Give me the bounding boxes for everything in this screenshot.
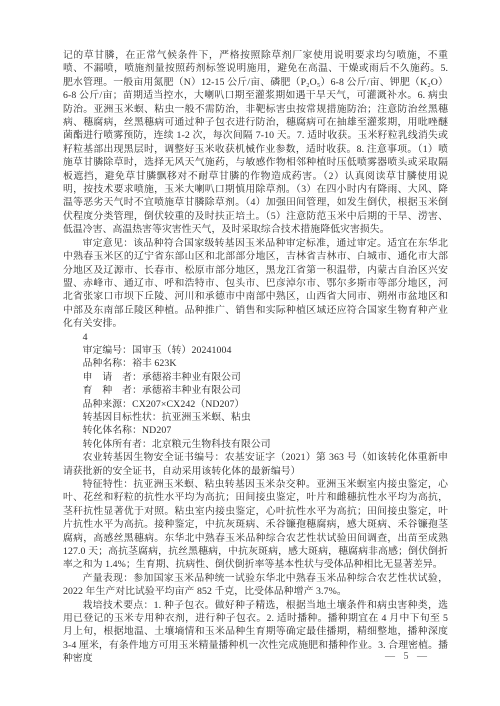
document-body: 记的草甘膦，在正常气候条件下，严格按照除草剂厂家使用说明要求均匀喷施，不重喷、不… (63, 49, 448, 666)
paragraph: 育 种 者：承德裕丰种业有限公司 (63, 384, 448, 397)
paragraph: 农业转基因生物安全证书编号：农基安证字（2021）第 363 号（如该转化体重新… (63, 451, 448, 478)
paragraph: 转化体名称：ND207 (63, 424, 448, 437)
paragraph: 转基因目标性状：抗亚洲玉米螟、粘虫 (63, 411, 448, 424)
paragraph: 审定编号：国审玉（转）20241004 (63, 344, 448, 357)
page-number: — 5 — (385, 651, 430, 662)
paragraph: 品种名称：裕丰 623K (63, 357, 448, 370)
paragraph: 转化体所有者：北京粮元生物科技有限公司 (63, 438, 448, 451)
paragraph: 记的草甘膦，在正常气候条件下，严格按照除草剂厂家使用说明要求均匀喷施，不重喷、不… (63, 49, 448, 237)
paragraph: 审定意见：该品种符合国家级转基因玉米品种审定标准，通过审定。适宜在东华北中熟春玉… (63, 237, 448, 331)
paragraph: 特征特性：抗亚洲玉米螟、粘虫转基因玉米杂交种。亚洲玉米螟室内接虫鉴定，心叶、花丝… (63, 478, 448, 572)
paragraph: 产量表现：参加国家玉米品种统一试验东华北中熟春玉米品种综合农艺性状试验，2022… (63, 572, 448, 599)
paragraph: 品种来源：CX207×CX242（ND207） (63, 398, 448, 411)
document-page: 记的草甘膦，在正常气候条件下，严格按照除草剂厂家使用说明要求均匀喷施，不重喷、不… (0, 0, 500, 706)
paragraph: 4 (63, 331, 448, 344)
paragraph: 申 请 者：承德裕丰种业有限公司 (63, 371, 448, 384)
